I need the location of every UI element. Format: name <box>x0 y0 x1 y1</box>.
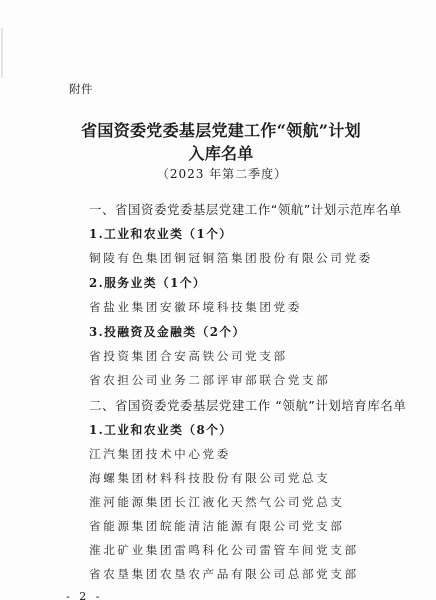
category-investment-finance: 3.投融资及金融类（2个） <box>89 323 246 340</box>
list-item: 海螺集团材料科技股份有限公司党总支 <box>89 470 330 486</box>
document-page: 附件 省国资委党委基层党建工作“领航”计划 入库名单 （2023 年第二季度） … <box>0 0 436 600</box>
list-item: 省农担公司业务二部评审部联合党支部 <box>89 372 330 388</box>
section-heading-demonstration: 一、省国资委党委基层党建工作“领航”计划示范库名单 <box>89 200 402 218</box>
list-item: 省盐业集团安徽环境科技集团党委 <box>89 299 302 315</box>
list-item: 铜陵有色集团铜冠铜箔集团股份有限公司党委 <box>89 250 373 266</box>
section-heading-cultivation: 二、省国资委党委基层党建工作 “领航”计划培育库名单 <box>89 396 406 414</box>
list-item: 淮河能源集团长江液化天然气公司党总支 <box>89 494 345 510</box>
scan-edge-artifact <box>1 28 3 78</box>
category-industry-agriculture: 1.工业和农业类（8个） <box>89 421 233 438</box>
document-subtitle: （2023 年第二季度） <box>4 165 436 182</box>
list-item: 省农垦集团农垦农产品有限公司总部党支部 <box>89 566 359 582</box>
page-number: - 2 - <box>66 590 102 600</box>
document-title-line-2: 入库名单 <box>3 141 436 164</box>
list-item: 淮北矿业集团雷鸣科化公司雷管车间党支部 <box>89 542 359 558</box>
document-title-line-1: 省国资委党委基层党建工作“领航”计划 <box>3 118 436 141</box>
list-item: 省能源集团皖能清洁能源有限公司党支部 <box>89 518 345 534</box>
list-item: 江汽集团技术中心党委 <box>89 446 231 462</box>
category-industry-agriculture: 1.工业和农业类（1个） <box>89 225 233 242</box>
list-item: 省投资集团合安高铁公司党支部 <box>89 348 288 364</box>
attachment-label: 附件 <box>69 81 93 97</box>
category-services: 2.服务业类（1个） <box>89 274 206 291</box>
